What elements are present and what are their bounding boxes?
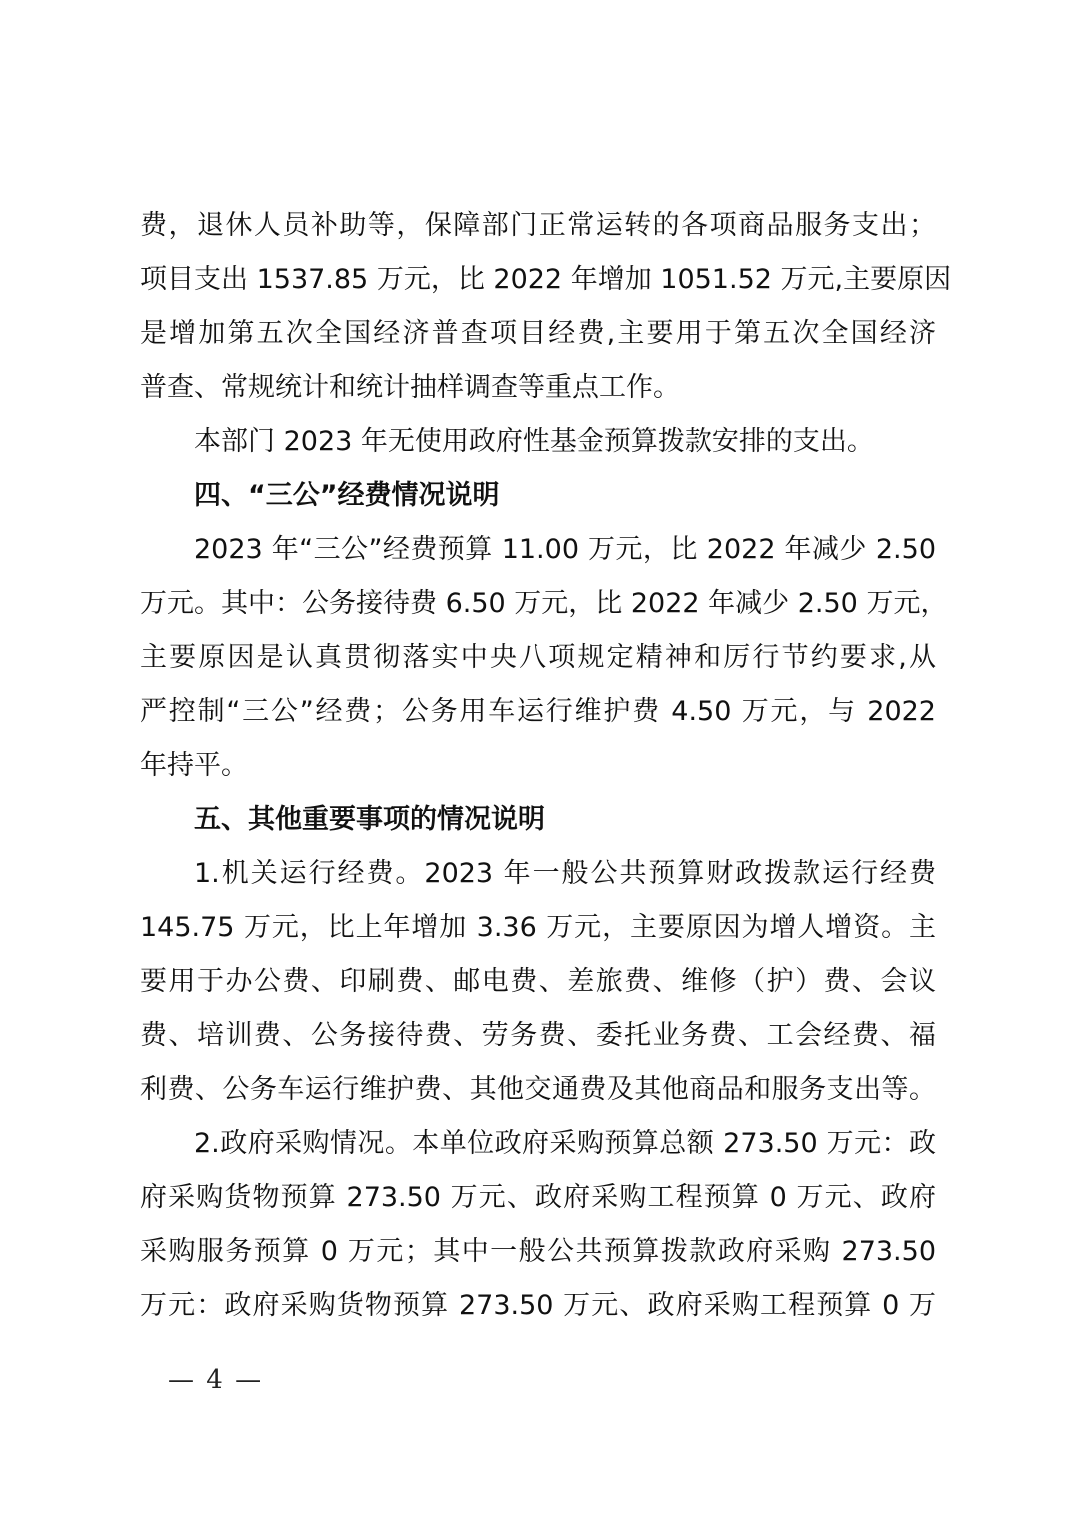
paragraph-line: 府采购货物预算 273.50 万元、政府采购工程预算 0 万元、政府 xyxy=(140,1171,936,1225)
paragraph-line: 费，退休人员补助等，保障部门正常运转的各项商品服务支出； xyxy=(140,199,936,253)
paragraph-line: 2.政府采购情况。本单位政府采购预算总额 273.50 万元：政 xyxy=(140,1117,936,1171)
section-heading-five: 五、其他重要事项的情况说明 xyxy=(140,793,936,847)
paragraph-line: 145.75 万元，比上年增加 3.36 万元，主要原因为增人增资。主 xyxy=(140,901,936,955)
paragraph-line: 万元。其中：公务接待费 6.50 万元，比 2022 年减少 2.50 万元， xyxy=(140,577,936,631)
paragraph-line: 严控制“三公”经费；公务用车运行维护费 4.50 万元，与 2022 xyxy=(140,685,936,739)
document-page: 费，退休人员补助等，保障部门正常运转的各项商品服务支出； 项目支出 1537.8… xyxy=(140,199,936,1333)
paragraph-line: 项目支出 1537.85 万元，比 2022 年增加 1051.52 万元,主要… xyxy=(140,253,936,307)
paragraph-line: 年持平。 xyxy=(140,739,936,793)
paragraph-line: 普查、常规统计和统计抽样调查等重点工作。 xyxy=(140,361,936,415)
page-number: — 4 — xyxy=(168,1365,263,1395)
paragraph-line: 本部门 2023 年无使用政府性基金预算拨款安排的支出。 xyxy=(140,415,936,469)
paragraph-line: 要用于办公费、印刷费、邮电费、差旅费、维修（护）费、会议 xyxy=(140,955,936,1009)
paragraph-line: 2023 年“三公”经费预算 11.00 万元，比 2022 年减少 2.50 xyxy=(140,523,936,577)
paragraph-line: 费、培训费、公务接待费、劳务费、委托业务费、工会经费、福 xyxy=(140,1009,936,1063)
paragraph-line: 1.机关运行经费。2023 年一般公共预算财政拨款运行经费 xyxy=(140,847,936,901)
paragraph-line: 万元：政府采购货物预算 273.50 万元、政府采购工程预算 0 万 xyxy=(140,1279,936,1333)
paragraph-line: 采购服务预算 0 万元；其中一般公共预算拨款政府采购 273.50 xyxy=(140,1225,936,1279)
paragraph-line: 利费、公务车运行维护费、其他交通费及其他商品和服务支出等。 xyxy=(140,1063,936,1117)
paragraph-line: 是增加第五次全国经济普查项目经费,主要用于第五次全国经济 xyxy=(140,307,936,361)
section-heading-four: 四、“三公”经费情况说明 xyxy=(140,469,936,523)
paragraph-line: 主要原因是认真贯彻落实中央八项规定精神和厉行节约要求,从 xyxy=(140,631,936,685)
